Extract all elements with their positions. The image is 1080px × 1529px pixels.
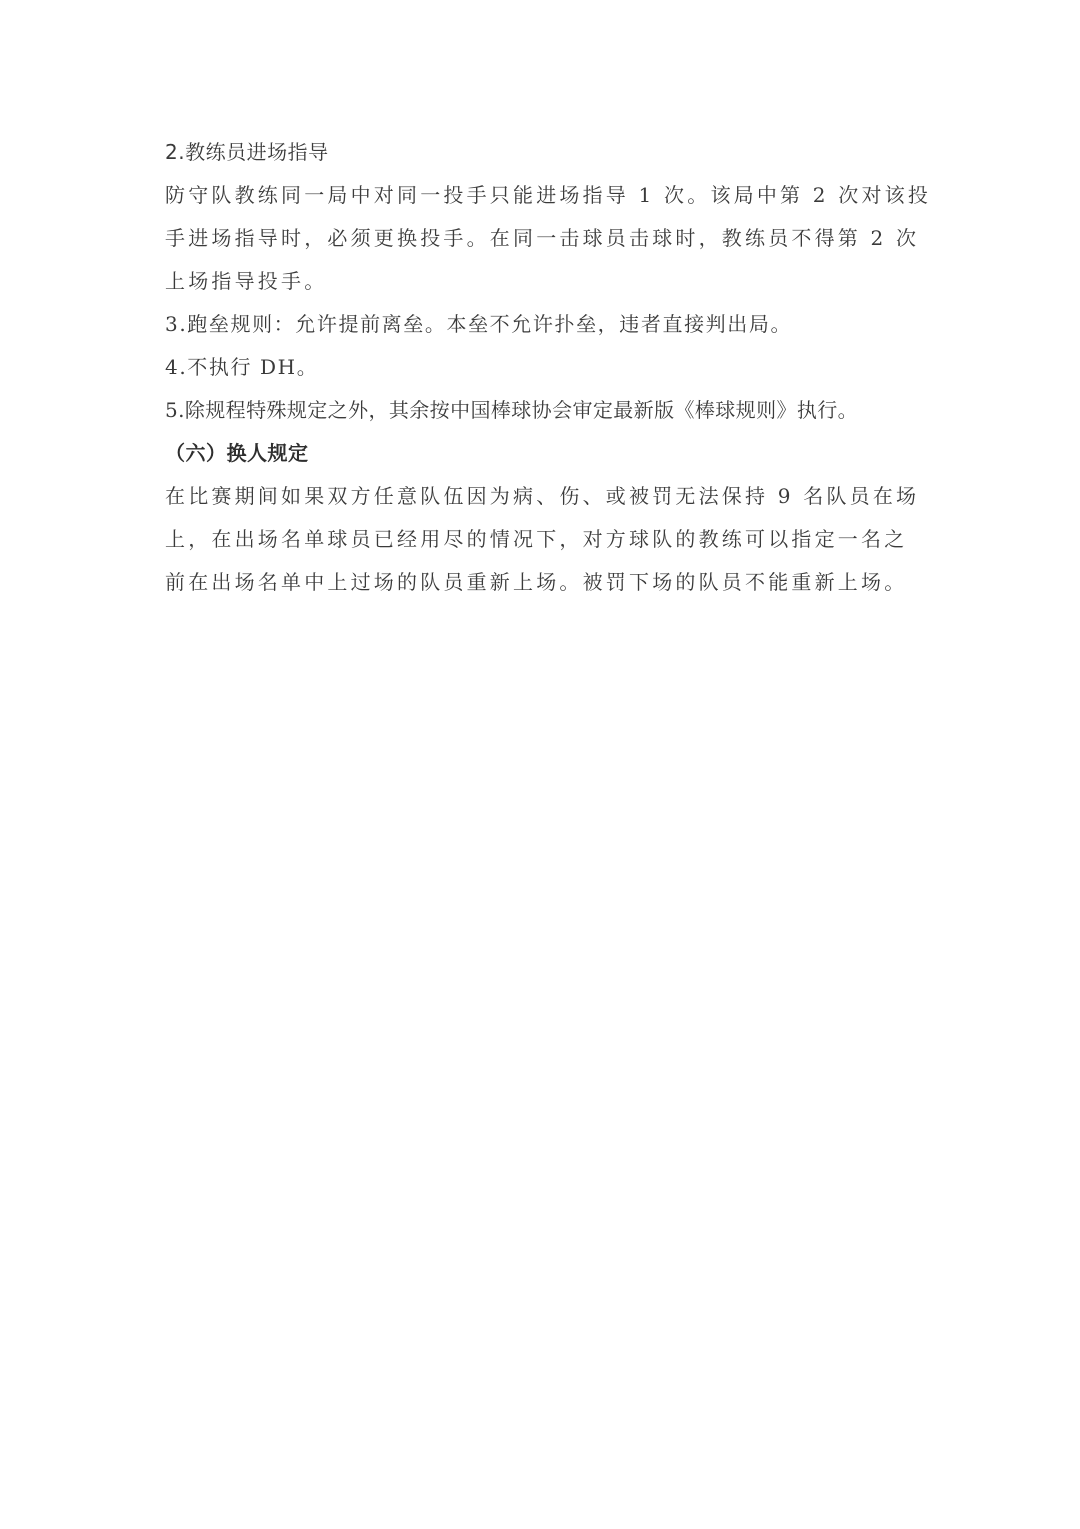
section-2-title: 2.教练员进场指导 (165, 131, 917, 174)
document-page: 2.教练员进场指导 防守队教练同一局中对同一投手只能进场指导 1 次。该局中第 … (165, 131, 917, 604)
section-2-paragraph-line-1: 防守队教练同一局中对同一投手只能进场指导 1 次。该局中第 2 次对该投 (165, 174, 917, 217)
section-six-paragraph-line-1: 在比赛期间如果双方任意队伍因为病、伤、或被罚无法保持 9 名队员在场 (165, 475, 917, 518)
section-six-heading: （六）换人规定 (165, 432, 917, 475)
section-six-paragraph-line-3: 前在出场名单中上过场的队员重新上场。被罚下场的队员不能重新上场。 (165, 561, 917, 604)
section-six-paragraph-line-2: 上，在出场名单球员已经用尽的情况下，对方球队的教练可以指定一名之 (165, 518, 917, 561)
section-3-running-rules: 3.跑垒规则：允许提前离垒。本垒不允许扑垒，违者直接判出局。 (165, 303, 917, 346)
section-4-no-dh: 4.不执行 DH。 (165, 346, 917, 389)
section-2-paragraph-line-2: 手进场指导时，必须更换投手。在同一击球员击球时，教练员不得第 2 次 (165, 217, 917, 260)
section-5-other-rules: 5.除规程特殊规定之外，其余按中国棒球协会审定最新版《棒球规则》执行。 (165, 389, 917, 432)
section-2-paragraph-line-3: 上场指导投手。 (165, 260, 917, 303)
